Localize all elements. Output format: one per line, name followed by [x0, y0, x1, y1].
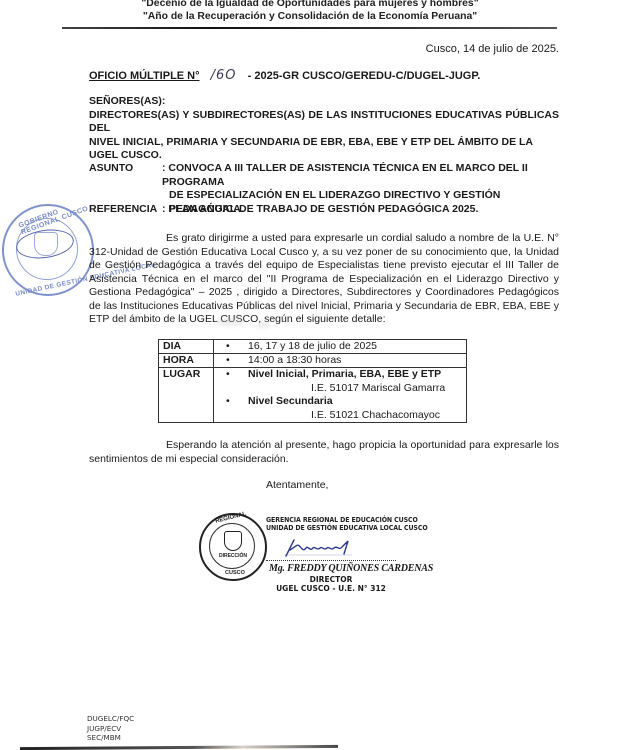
bullet-icon: • — [218, 354, 248, 367]
row-value-lugar: •Nivel Inicial, Primaria, EBA, EBE y ETP… — [214, 368, 467, 423]
document-date: Cusco, 14 de julio de 2025. — [426, 43, 559, 55]
table-row: HORA •14:00 a 18:30 horas — [159, 354, 467, 368]
table-row: DIA •16, 17 y 18 de julio de 2025 — [159, 340, 467, 354]
ugel-seal-stamp: GOBIERNO REGIONAL CUSCO UNIDAD DE GESTIÓ… — [2, 204, 94, 296]
footer-divider — [20, 745, 338, 750]
signatory-title: DIRECTOR UGEL CUSCO - U.E. N° 312 — [266, 575, 396, 593]
body-paragraph: Es grato dirigirme a usted para expresar… — [89, 232, 559, 327]
oficio-suffix: - 2025-GR CUSCO/GEREDU-C/DUGEL-JUGP. — [248, 70, 481, 82]
hora-value: 14:00 a 18:30 horas — [248, 354, 341, 366]
row-value-hora: •14:00 a 18:30 horas — [214, 354, 467, 368]
referencia-text: : PLAN ANUAL DE TRABAJO DE GESTIÓN PEDAG… — [162, 203, 562, 217]
body-text: Es grato dirigirme a usted para expresar… — [89, 232, 559, 325]
scan-smudge — [215, 318, 245, 326]
place-level-1: Nivel Inicial, Primaria, EBA, EBE y ETP — [248, 368, 441, 380]
signatory-position: DIRECTOR — [266, 575, 396, 584]
row-label-dia: DIA — [159, 340, 214, 354]
director-seal-stamp: REGIONAL DIRECCIÓN CUSCO — [199, 513, 267, 581]
seal-center-text: DIRECCIÓN — [211, 553, 255, 559]
bullet-icon: • — [218, 395, 248, 409]
org-line-2: UNIDAD DE GESTIÓN EDUCATIVA LOCAL CUSCO — [266, 525, 428, 533]
signature-org-header: GERENCIA REGIONAL DE EDUCACIÓN CUSCO UNI… — [266, 517, 428, 532]
motto-line-2: "Año de la Recuperación y Consolidación … — [0, 10, 620, 23]
closing-paragraph: Esperando la atención al presente, hago … — [89, 439, 559, 466]
addressee-line-2: NIVEL INICIAL, PRIMARIA Y SECUNDARIA DE … — [89, 136, 559, 163]
seal-bottom-text: CUSCO — [225, 570, 245, 576]
oficio-prefix: OFICIO MÚLTIPLE N° — [89, 70, 200, 82]
signature-line — [266, 560, 396, 561]
place-school-2: I.E. 51021 Chachacomayoc — [218, 409, 462, 423]
footer-reference-codes: DUGELC/FQC JUGP/ECV SEC/MBM — [87, 714, 134, 743]
footer-code: DUGELC/FQC — [87, 714, 134, 724]
asunto-line-1: : CONVOCA A III TALLER DE ASISTENCIA TÉC… — [162, 162, 562, 189]
header-divider — [62, 27, 557, 29]
sign-off: Atentamente, — [266, 479, 328, 491]
dia-value: 16, 17 y 18 de julio de 2025 — [248, 340, 377, 352]
row-label-lugar: LUGAR — [159, 368, 214, 423]
footer-code: SEC/MBM — [87, 733, 134, 743]
signatory-name: Mg. FREDDY QUIÑONES CARDENAS — [269, 563, 433, 574]
coat-of-arms-icon — [224, 531, 242, 551]
table-row: LUGAR •Nivel Inicial, Primaria, EBA, EBE… — [159, 368, 467, 423]
oficio-reference: OFICIO MÚLTIPLE N° /6O - 2025-GR CUSCO/G… — [89, 68, 480, 83]
oficio-number-handwritten: /6O — [203, 68, 245, 83]
handwritten-signature-icon — [282, 536, 356, 558]
addressee-block: SEÑORES(AS): DIRECTORES(AS) Y SUBDIRECTO… — [89, 95, 559, 163]
asunto-label: ASUNTO — [89, 162, 133, 174]
row-label-hora: HORA — [159, 354, 214, 368]
referencia-label: REFERENCIA — [89, 203, 157, 215]
event-detail-table: DIA •16, 17 y 18 de julio de 2025 HORA •… — [158, 339, 467, 423]
signatory-unit: UGEL CUSCO - U.E. N° 312 — [266, 584, 396, 593]
motto-line-1: "Decenio de la Igualdad de Oportunidades… — [0, 0, 620, 10]
header-motto: "Decenio de la Igualdad de Oportunidades… — [0, 0, 620, 23]
addressee-salutation: SEÑORES(AS): — [89, 95, 559, 109]
row-value-dia: •16, 17 y 18 de julio de 2025 — [214, 340, 467, 354]
addressee-line-1: DIRECTORES(AS) Y SUBDIRECTORES(AS) DE LA… — [89, 109, 559, 136]
bullet-icon: • — [218, 368, 248, 382]
closing-text: Esperando la atención al presente, hago … — [89, 439, 559, 465]
scan-smudge — [255, 322, 271, 328]
bullet-icon: • — [218, 340, 248, 353]
footer-code: JUGP/ECV — [87, 724, 134, 734]
place-level-2: Nivel Secundaria — [248, 395, 333, 407]
place-school-1: I.E. 51017 Mariscal Gamarra — [218, 382, 462, 396]
